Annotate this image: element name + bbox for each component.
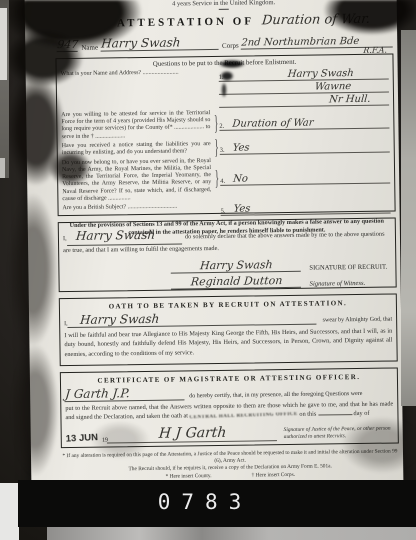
officer-signature: H J Garth — [107, 424, 278, 443]
film-edge-right — [401, 30, 416, 406]
oath-lead-out: swear by Almighty God, that — [323, 316, 393, 324]
certificate-text-4: day of — [353, 410, 369, 417]
footnote-corps: † Here insert Corps. — [252, 471, 296, 479]
answer-1-line-1: Harry Swash — [287, 68, 354, 80]
question-4: Do you now belong to, or have you ever s… — [62, 155, 391, 203]
witness-signature: Reginald Dutton — [171, 274, 302, 290]
title-row: ATTESTATION OF Duration of War. — [117, 11, 393, 30]
recruit-name: Harry Swash — [100, 35, 219, 52]
answer-2-number: 2. — [219, 123, 224, 130]
justice-signature-note: Signature of Justice of the Peace, or ot… — [284, 426, 394, 442]
film-edge-highlight — [0, 8, 7, 80]
answer-1-line-3: Nr Hull. — [329, 93, 371, 105]
film-edge-highlight-2 — [0, 158, 5, 178]
name-row: 947 Name Harry Swash Corps 2nd Northumbr… — [57, 32, 393, 52]
film-number-bar: 0783 — [18, 480, 416, 527]
microfilm-photo: 4 years Service in the United Kingdom. A… — [0, 0, 416, 540]
question-1: What is your Name and Address? .........… — [61, 66, 390, 110]
top-note: 4 years Service in the United Kingdom. — [55, 0, 393, 12]
question-5: Are you a British Subject? .............… — [63, 201, 391, 219]
answer-3: Yes — [232, 142, 250, 153]
regimental-number: 947 — [57, 38, 79, 52]
answer-3-number: 3. — [220, 147, 225, 154]
film-bottom-strip — [47, 527, 416, 540]
justice-signature-note-1: Signature of Justice of the Peace, or ot… — [284, 426, 375, 433]
recruiting-office-stamp: CENTRAL HALL RECRUITING OFFICE — [190, 411, 298, 422]
answer-1-number: 1. — [219, 74, 224, 81]
title-handwritten: Duration of War. — [261, 11, 371, 28]
question-5-text: Are you a British Subject? .............… — [63, 203, 221, 218]
certificate-officer-line: J Garth J.P. do hereby certify, that, in… — [65, 382, 393, 402]
corps-label: Corps — [222, 41, 239, 49]
date-stamp: 13 JUN — [66, 432, 99, 445]
question-4-text: Do you now belong to, or have you ever s… — [62, 157, 221, 203]
certificate-box: CERTIFICATE OF MAGISTRATE OR ATTESTING O… — [60, 367, 399, 448]
answer-1-line-2: Wawne — [314, 81, 351, 93]
answer-4: No — [233, 173, 249, 184]
declaration-i-label: I, — [63, 235, 67, 242]
certificate-officer-name: J Garth J.P. — [64, 385, 185, 402]
witness-signature-label: Signature of Witness. — [310, 280, 366, 288]
certificate-text-1: do hereby certify, that, in my presence,… — [189, 391, 362, 400]
question-1-text: What is your Name and Address? .........… — [61, 69, 220, 110]
question-2-text: Are you willing to be attested for servi… — [61, 110, 219, 141]
footnotes: * If any alteration is required on this … — [61, 448, 399, 482]
film-corner-white — [0, 483, 19, 540]
oath-name-line: I, Harry Swash swear by Almighty God, th… — [64, 308, 392, 328]
blank-line — [318, 414, 352, 415]
question-3-text: Have you received a notice stating the l… — [62, 141, 220, 158]
certificate-paragraph: put to the Recruit above named, that the… — [65, 399, 393, 423]
recruit-signature-row: Harry Swash SIGNATURE OF RECRUIT. — [171, 257, 391, 274]
certificate-text-3: on this — [299, 411, 316, 418]
attestation-document: 4 years Service in the United Kingdom. A… — [25, 0, 404, 489]
witness-signature-row: Reginald Dutton Signature of Witness. — [171, 273, 391, 290]
recruit-signature-label: SIGNATURE OF RECRUIT. — [309, 264, 387, 272]
question-2: Are you willing to be attested for servi… — [61, 107, 389, 141]
recruit-signature: Harry Swash — [171, 258, 302, 274]
oath-text: I will be faithful and bear true Allegia… — [64, 326, 392, 360]
declaration-box: I, Harry Swash do solemnly declare that … — [58, 217, 397, 292]
declaration-paragraph: I, Harry Swash do solemnly declare that … — [63, 222, 391, 255]
answer-4-number: 4. — [220, 178, 225, 185]
oath-box: OATH TO BE TAKEN BY RECRUIT ON ATTESTATI… — [59, 293, 398, 366]
questions-box: Questions to be put to the Recruit befor… — [55, 53, 395, 216]
answer-2: Duration of War — [232, 117, 314, 129]
oath-name: Harry Swash — [67, 309, 317, 327]
film-frame-number: 0783 — [18, 490, 392, 514]
page-title: ATTESTATION OF — [117, 15, 254, 29]
declaration-name: Harry Swash — [67, 225, 184, 246]
name-label: Name — [81, 43, 98, 51]
answer-5: Yes — [233, 204, 251, 215]
answer-5-number: 5. — [221, 208, 226, 215]
certificate-bottom-row: 13 JUN 19 H J Garth Signature of Justice… — [66, 423, 394, 445]
